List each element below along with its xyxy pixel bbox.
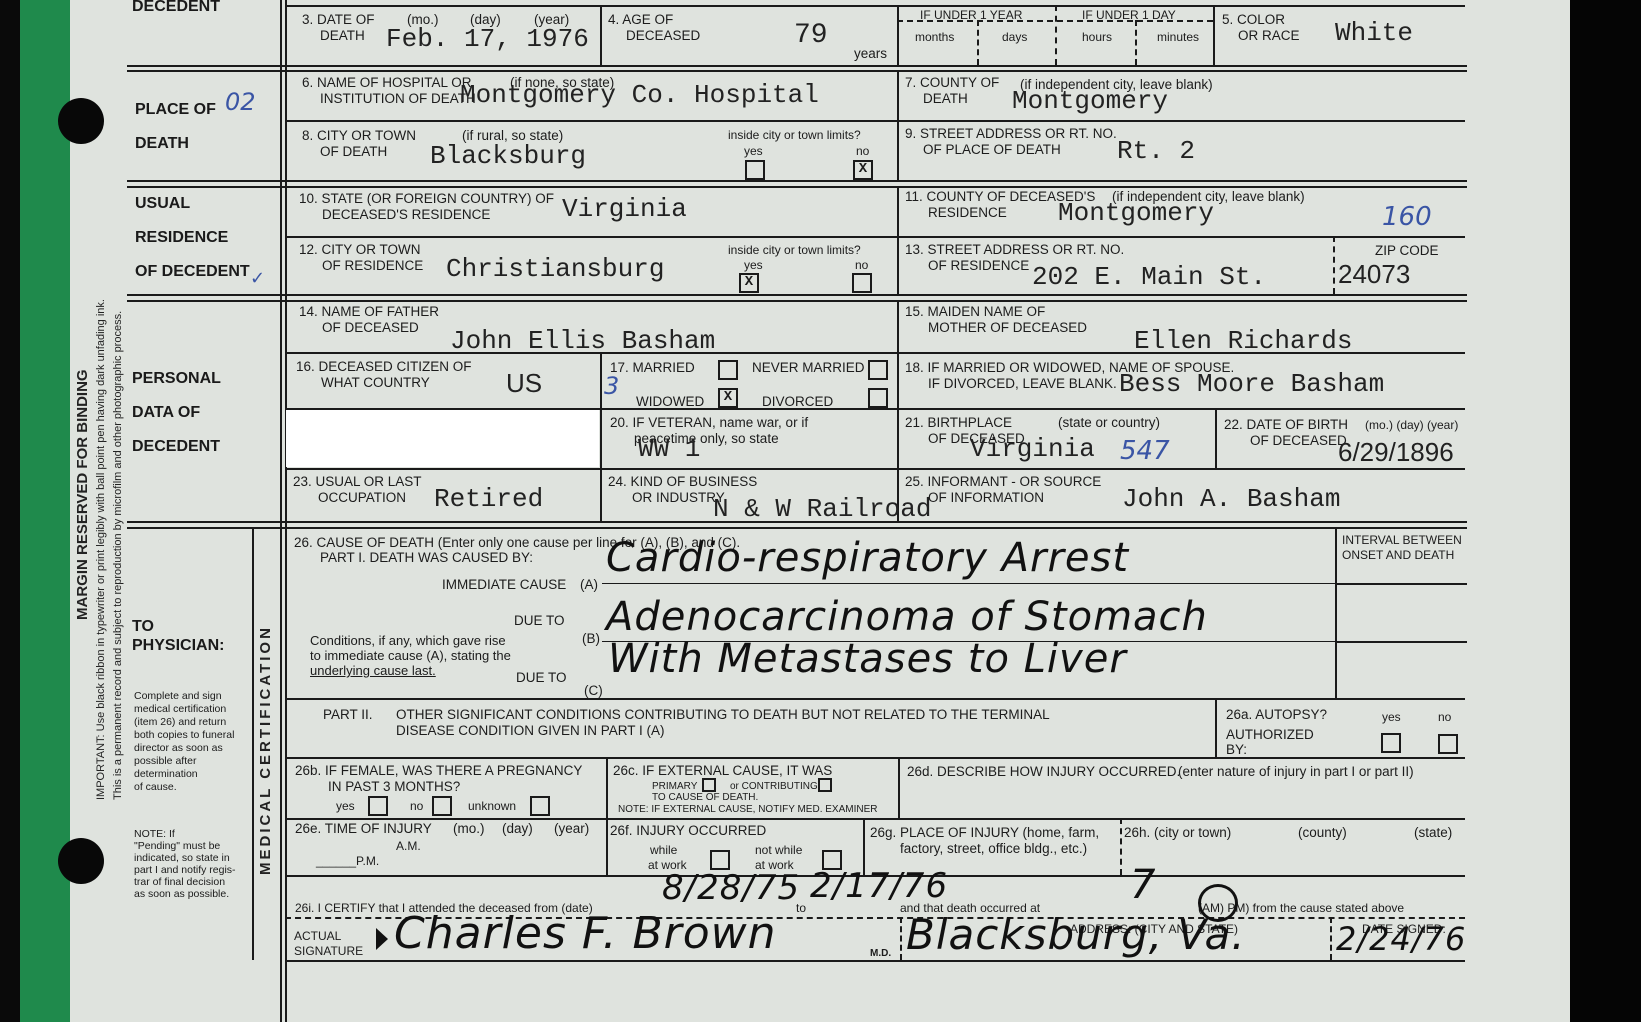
minutes-label: minutes: [1157, 29, 1199, 45]
cause-b-value[interactable]: Adenocarcinoma of Stomach: [606, 594, 1208, 640]
pregnancy-no-checkbox[interactable]: [432, 796, 452, 816]
divider: [600, 5, 602, 65]
f22-hint: (mo.) (day) (year): [1365, 417, 1458, 433]
f5-label: 5. COLOR: [1222, 12, 1285, 28]
pregnancy-unknown-checkbox[interactable]: [530, 796, 550, 816]
f8-limits-label: inside city or town limits?: [728, 127, 861, 143]
date-of-death-value[interactable]: Feb. 17, 1976: [386, 24, 589, 54]
autopsy-by-label: BY:: [1226, 742, 1247, 758]
cause-c-value[interactable]: With Metastases to Liver: [608, 636, 1127, 682]
section-decedent-2: DECEDENT: [132, 430, 220, 464]
county-of-death-value[interactable]: Montgomery: [1012, 86, 1168, 116]
section-residence: RESIDENCE: [135, 221, 228, 255]
part1-label: PART I. DEATH WAS CAUSED BY:: [320, 550, 533, 566]
f12-no-checkbox[interactable]: [852, 273, 872, 293]
f25-label2: OF INFORMATION: [928, 490, 1044, 506]
f22-label: 22. DATE OF BIRTH: [1224, 417, 1348, 433]
f26b-label2: IN PAST 3 MONTHS?: [328, 779, 460, 795]
pregnancy-no-label: no: [410, 798, 423, 814]
important-note-2: This is a permanent record and subject t…: [112, 311, 124, 800]
dashed-divider: [977, 20, 979, 65]
divider: [1335, 641, 1467, 643]
divorced-label: DIVORCED: [762, 394, 833, 410]
death-certificate: MARGIN RESERVED FOR BINDING IMPORTANT: U…: [70, 0, 1570, 1022]
divider: [252, 528, 254, 960]
punch-hole: [58, 98, 104, 144]
f26e-year: (year): [554, 821, 589, 837]
f22-label2: OF DECEASED: [1250, 433, 1347, 449]
f13-label: 13. STREET ADDRESS OR RT. NO.: [905, 242, 1124, 258]
widowed-label: WIDOWED: [636, 394, 704, 410]
father-name-value[interactable]: John Ellis Basham: [450, 326, 715, 356]
f9-label: 9. STREET ADDRESS OR RT. NO.: [905, 126, 1117, 142]
f26e-pm: ______P.M.: [316, 853, 379, 869]
divider: [1335, 528, 1337, 698]
f6-label: 6. NAME OF HOSPITAL OR: [302, 75, 472, 91]
divider: [127, 300, 1467, 302]
f8-yes-checkbox[interactable]: [745, 160, 765, 180]
punch-hole: [58, 838, 104, 884]
hospital-value[interactable]: Montgomery Co. Hospital: [460, 80, 819, 110]
f24-label: 24. KIND OF BUSINESS: [608, 474, 757, 490]
divider: [1335, 583, 1467, 585]
divider: [285, 698, 1465, 700]
physician-instructions: Complete and signmedical certification(i…: [134, 690, 234, 794]
f10-label2: DECEASED'S RESIDENCE: [322, 207, 490, 223]
zip-label: ZIP CODE: [1375, 243, 1439, 259]
f4-label: 4. AGE OF: [608, 12, 673, 28]
f3-label: 3. DATE OF: [302, 12, 375, 28]
f26h-city: 26h. (city or town): [1124, 825, 1231, 841]
actual-label: ACTUAL: [294, 928, 341, 944]
to-label: to: [796, 900, 806, 916]
f10-label: 10. STATE (OR FOREIGN COUNTRY) OF: [299, 191, 554, 207]
redacted-field: [286, 410, 599, 467]
f6-label2: INSTITUTION OF DEATH: [320, 91, 476, 107]
under-day-title: IF UNDER 1 DAY: [1082, 7, 1176, 23]
section-of-decedent: OF DECEDENT: [135, 255, 250, 289]
divider: [285, 236, 1465, 238]
physician-address[interactable]: Blacksburg, Va.: [906, 910, 1246, 959]
dashed-divider: [1330, 917, 1332, 960]
signature-label: SIGNATURE: [294, 943, 363, 959]
f9-label2: OF PLACE OF DEATH: [923, 142, 1061, 158]
divider: [127, 70, 1467, 72]
never-married-checkbox[interactable]: [868, 360, 888, 380]
divider: [897, 70, 899, 180]
date-of-birth-value[interactable]: 6/29/1896: [1338, 437, 1454, 468]
binding-margin-title: MARGIN RESERVED FOR BINDING: [74, 369, 91, 620]
divider: [898, 757, 900, 818]
divider: [897, 300, 899, 521]
divider: [285, 0, 287, 1022]
f7-label2: DEATH: [923, 91, 968, 107]
signature-arrow-icon: [376, 928, 388, 950]
f21-label: 21. BIRTHPLACE: [905, 415, 1012, 431]
contributing-checkbox[interactable]: [818, 778, 832, 792]
dashed-divider: [1135, 20, 1137, 65]
veteran-value[interactable]: WW 1: [638, 434, 700, 464]
section-to: TO: [132, 617, 154, 637]
spouse-name-value[interactable]: Bess Moore Basham: [1119, 369, 1384, 399]
f8-label: 8. CITY OR TOWN: [302, 128, 416, 144]
citizenship-value[interactable]: US: [506, 368, 542, 399]
place-annotation: 02: [225, 88, 256, 116]
divider: [285, 5, 1465, 7]
birthplace-value[interactable]: Virginia: [970, 434, 1095, 464]
autopsy-no-label: no: [1438, 709, 1451, 725]
attended-from-date[interactable]: 8/28/75: [662, 868, 800, 908]
residence-checkmark: ✓: [250, 268, 265, 289]
cause-c-marker: (C): [584, 683, 603, 699]
not-while-label: not while: [755, 842, 802, 858]
county-code-annotation: 160: [1382, 202, 1432, 232]
f7-label: 7. COUNTY OF: [905, 75, 999, 91]
race-value[interactable]: White: [1335, 18, 1413, 48]
f23-label2: OCCUPATION: [318, 490, 406, 506]
cause-b-marker: (B): [582, 631, 600, 647]
time-of-death-value[interactable]: 7: [1130, 862, 1156, 908]
divider: [285, 757, 1465, 759]
divider: [600, 352, 602, 521]
divider: [897, 5, 899, 65]
residence-city-value[interactable]: Christiansburg: [446, 254, 664, 284]
divider: [285, 120, 1465, 122]
divider: [127, 527, 1467, 529]
f26e-am: A.M.: [396, 838, 421, 854]
f12-no-label: no: [855, 257, 868, 273]
residence-street-value[interactable]: 202 E. Main St.: [1032, 262, 1266, 292]
industry-value[interactable]: N & W Railroad: [713, 494, 931, 524]
f26g-label2: factory, street, office bldg., etc.): [900, 841, 1087, 857]
f21-hint: (state or country): [1058, 415, 1160, 431]
f13-label2: OF RESIDENCE: [928, 258, 1029, 274]
interval-label: INTERVAL BETWEENONSET AND DEATH: [1342, 533, 1462, 563]
f26e-mo: (mo.): [453, 821, 485, 837]
widowed-checkbox[interactable]: X: [718, 388, 738, 408]
pregnancy-yes-checkbox[interactable]: [368, 796, 388, 816]
f14-label: 14. NAME OF FATHER: [299, 304, 439, 320]
informant-value[interactable]: John A. Basham: [1122, 484, 1340, 514]
divider: [127, 186, 1467, 188]
f4-label2: DECEASED: [626, 28, 700, 44]
dashed-divider: [900, 917, 902, 960]
f18-label2: IF DIVORCED, LEAVE BLANK.: [928, 376, 1117, 392]
cause-a-value[interactable]: Cardio-respiratory Arrest: [606, 535, 1129, 581]
f12-limits-label: inside city or town limits?: [728, 242, 861, 258]
medical-certification-label: MEDICAL CERTIFICATION: [257, 625, 274, 875]
married-label: 17. MARRIED: [610, 360, 695, 376]
f12-yes-checkbox[interactable]: X: [739, 273, 759, 293]
f3-label2: DEATH: [320, 28, 365, 44]
divider: [897, 186, 899, 294]
physician-signature[interactable]: Charles F. Brown: [394, 908, 777, 959]
f5-label2: OR RACE: [1238, 28, 1300, 44]
date-signed-value[interactable]: 2/24/76: [1336, 920, 1466, 958]
autopsy-yes-label: yes: [1382, 709, 1401, 725]
f8-no-label: no: [856, 143, 869, 159]
f15-label: 15. MAIDEN NAME OF: [905, 304, 1045, 320]
f15-label2: MOTHER OF DECEASED: [928, 320, 1087, 336]
city-of-death-value[interactable]: Blacksburg: [430, 141, 586, 171]
f23-label: 23. USUAL OR LAST: [293, 474, 422, 490]
dashed-divider: [1120, 818, 1122, 875]
residence-county-value[interactable]: Montgomery: [1058, 198, 1214, 228]
autopsy-no-checkbox[interactable]: [1438, 734, 1458, 754]
section-death: DEATH: [135, 127, 189, 161]
important-note-1: IMPORTANT: Use black ribbon in typewrite…: [95, 299, 107, 800]
autopsy-label: 26a. AUTOPSY?: [1226, 707, 1327, 723]
f26e-label: 26e. TIME OF INJURY: [295, 821, 432, 837]
occupation-value[interactable]: Retired: [434, 484, 543, 514]
f16-label: 16. DECEASED CITIZEN OF: [296, 359, 472, 375]
f26b-label: 26b. IF FEMALE, WAS THERE A PREGNANCY: [295, 763, 582, 779]
zip-value[interactable]: 24073: [1338, 259, 1410, 290]
f25-label: 25. INFORMANT - OR SOURCE: [905, 474, 1101, 490]
divider: [1213, 5, 1215, 65]
dashed-divider: [1055, 5, 1057, 65]
age-value[interactable]: 79: [794, 20, 828, 51]
street-of-death-value[interactable]: Rt. 2: [1117, 136, 1195, 166]
pregnancy-unknown-label: unknown: [468, 798, 516, 814]
due-to-label-1: DUE TO: [514, 613, 565, 629]
under-year-title: IF UNDER 1 YEAR: [920, 7, 1022, 23]
part2-text: OTHER SIGNIFICANT CONDITIONS CONTRIBUTIN…: [396, 707, 1050, 739]
f20-label: 20. IF VETERAN, name war, or if: [610, 415, 808, 431]
f26h-county: (county): [1298, 825, 1347, 841]
autopsy-yes-checkbox[interactable]: [1381, 733, 1401, 753]
divider: [127, 294, 1467, 296]
f26f-label: 26f. INJURY OCCURRED: [610, 823, 766, 839]
f26d-label: 26d. DESCRIBE HOW INJURY OCCURRED.: [907, 764, 1180, 780]
cause-a-marker: (A): [580, 577, 598, 593]
f12-label: 12. CITY OR TOWN: [299, 242, 421, 258]
f8-no-checkbox[interactable]: X: [853, 160, 873, 180]
section-personal: PERSONAL: [132, 362, 221, 396]
f14-label2: OF DECEASED: [322, 320, 419, 336]
md-label: M.D.: [870, 946, 891, 962]
months-label: months: [915, 29, 954, 45]
part2-label: PART II.: [323, 707, 373, 723]
divider: [127, 180, 1467, 182]
f26h-state: (state): [1414, 825, 1452, 841]
scan-edge: [1570, 0, 1641, 1022]
f8-yes-label: yes: [744, 143, 763, 159]
marital-code-annotation: 3: [604, 372, 619, 400]
f26c-note: NOTE: IF EXTERNAL CAUSE, NOTIFY MED. EXA…: [618, 802, 877, 818]
f12-label2: OF RESIDENCE: [322, 258, 423, 274]
while-at-work-checkbox[interactable]: [710, 850, 730, 870]
section-usual: USUAL: [135, 187, 190, 221]
divider: [285, 818, 1465, 820]
divider: [1215, 408, 1217, 468]
birth-code-annotation: 547: [1120, 436, 1170, 466]
while-label: while: [650, 842, 677, 858]
f24-label2: OR INDUSTRY: [632, 490, 725, 506]
pending-note: NOTE: If"Pending" must beindicated, so s…: [134, 828, 236, 900]
section-decedent: DECEDENT: [132, 0, 220, 24]
section-data-of: DATA OF: [132, 396, 200, 430]
divider: [1215, 698, 1217, 757]
divider: [280, 0, 282, 1022]
divider: [606, 757, 608, 875]
f26d-hint: (enter nature of injury in part I or par…: [1178, 764, 1414, 780]
divider: [127, 65, 1467, 67]
f26g-label: 26g. PLACE OF INJURY (home, farm,: [870, 825, 1099, 841]
divider: [285, 468, 1465, 470]
due-to-label-2: DUE TO: [516, 670, 567, 686]
days-label: days: [1002, 29, 1027, 45]
f26c-label: 26c. IF EXTERNAL CAUSE, IT WAS: [613, 763, 832, 779]
f11-label2: RESIDENCE: [928, 205, 1007, 221]
f16-label2: WHAT COUNTRY: [321, 375, 430, 391]
hours-label: hours: [1082, 29, 1112, 45]
residence-state-value[interactable]: Virginia: [562, 194, 687, 224]
section-place-of: PLACE OF: [135, 93, 216, 127]
pregnancy-yes-label: yes: [336, 798, 355, 814]
f26e-day: (day): [502, 821, 533, 837]
dashed-divider: [1333, 236, 1335, 294]
conditions-note: Conditions, if any, which gave riseto im…: [310, 633, 511, 678]
f4-unit: years: [854, 46, 887, 62]
f12-yes-label: yes: [744, 257, 763, 273]
f8-label2: OF DEATH: [320, 144, 387, 160]
married-checkbox[interactable]: [718, 360, 738, 380]
section-physician: PHYSICIAN:: [132, 636, 224, 656]
mother-name-value[interactable]: Ellen Richards: [1134, 326, 1352, 356]
immediate-cause-label: IMMEDIATE CAUSE: [442, 577, 566, 593]
divorced-checkbox[interactable]: [868, 388, 888, 408]
autopsy-authorized-label: AUTHORIZED: [1226, 727, 1314, 743]
never-married-label: NEVER MARRIED: [752, 360, 865, 376]
